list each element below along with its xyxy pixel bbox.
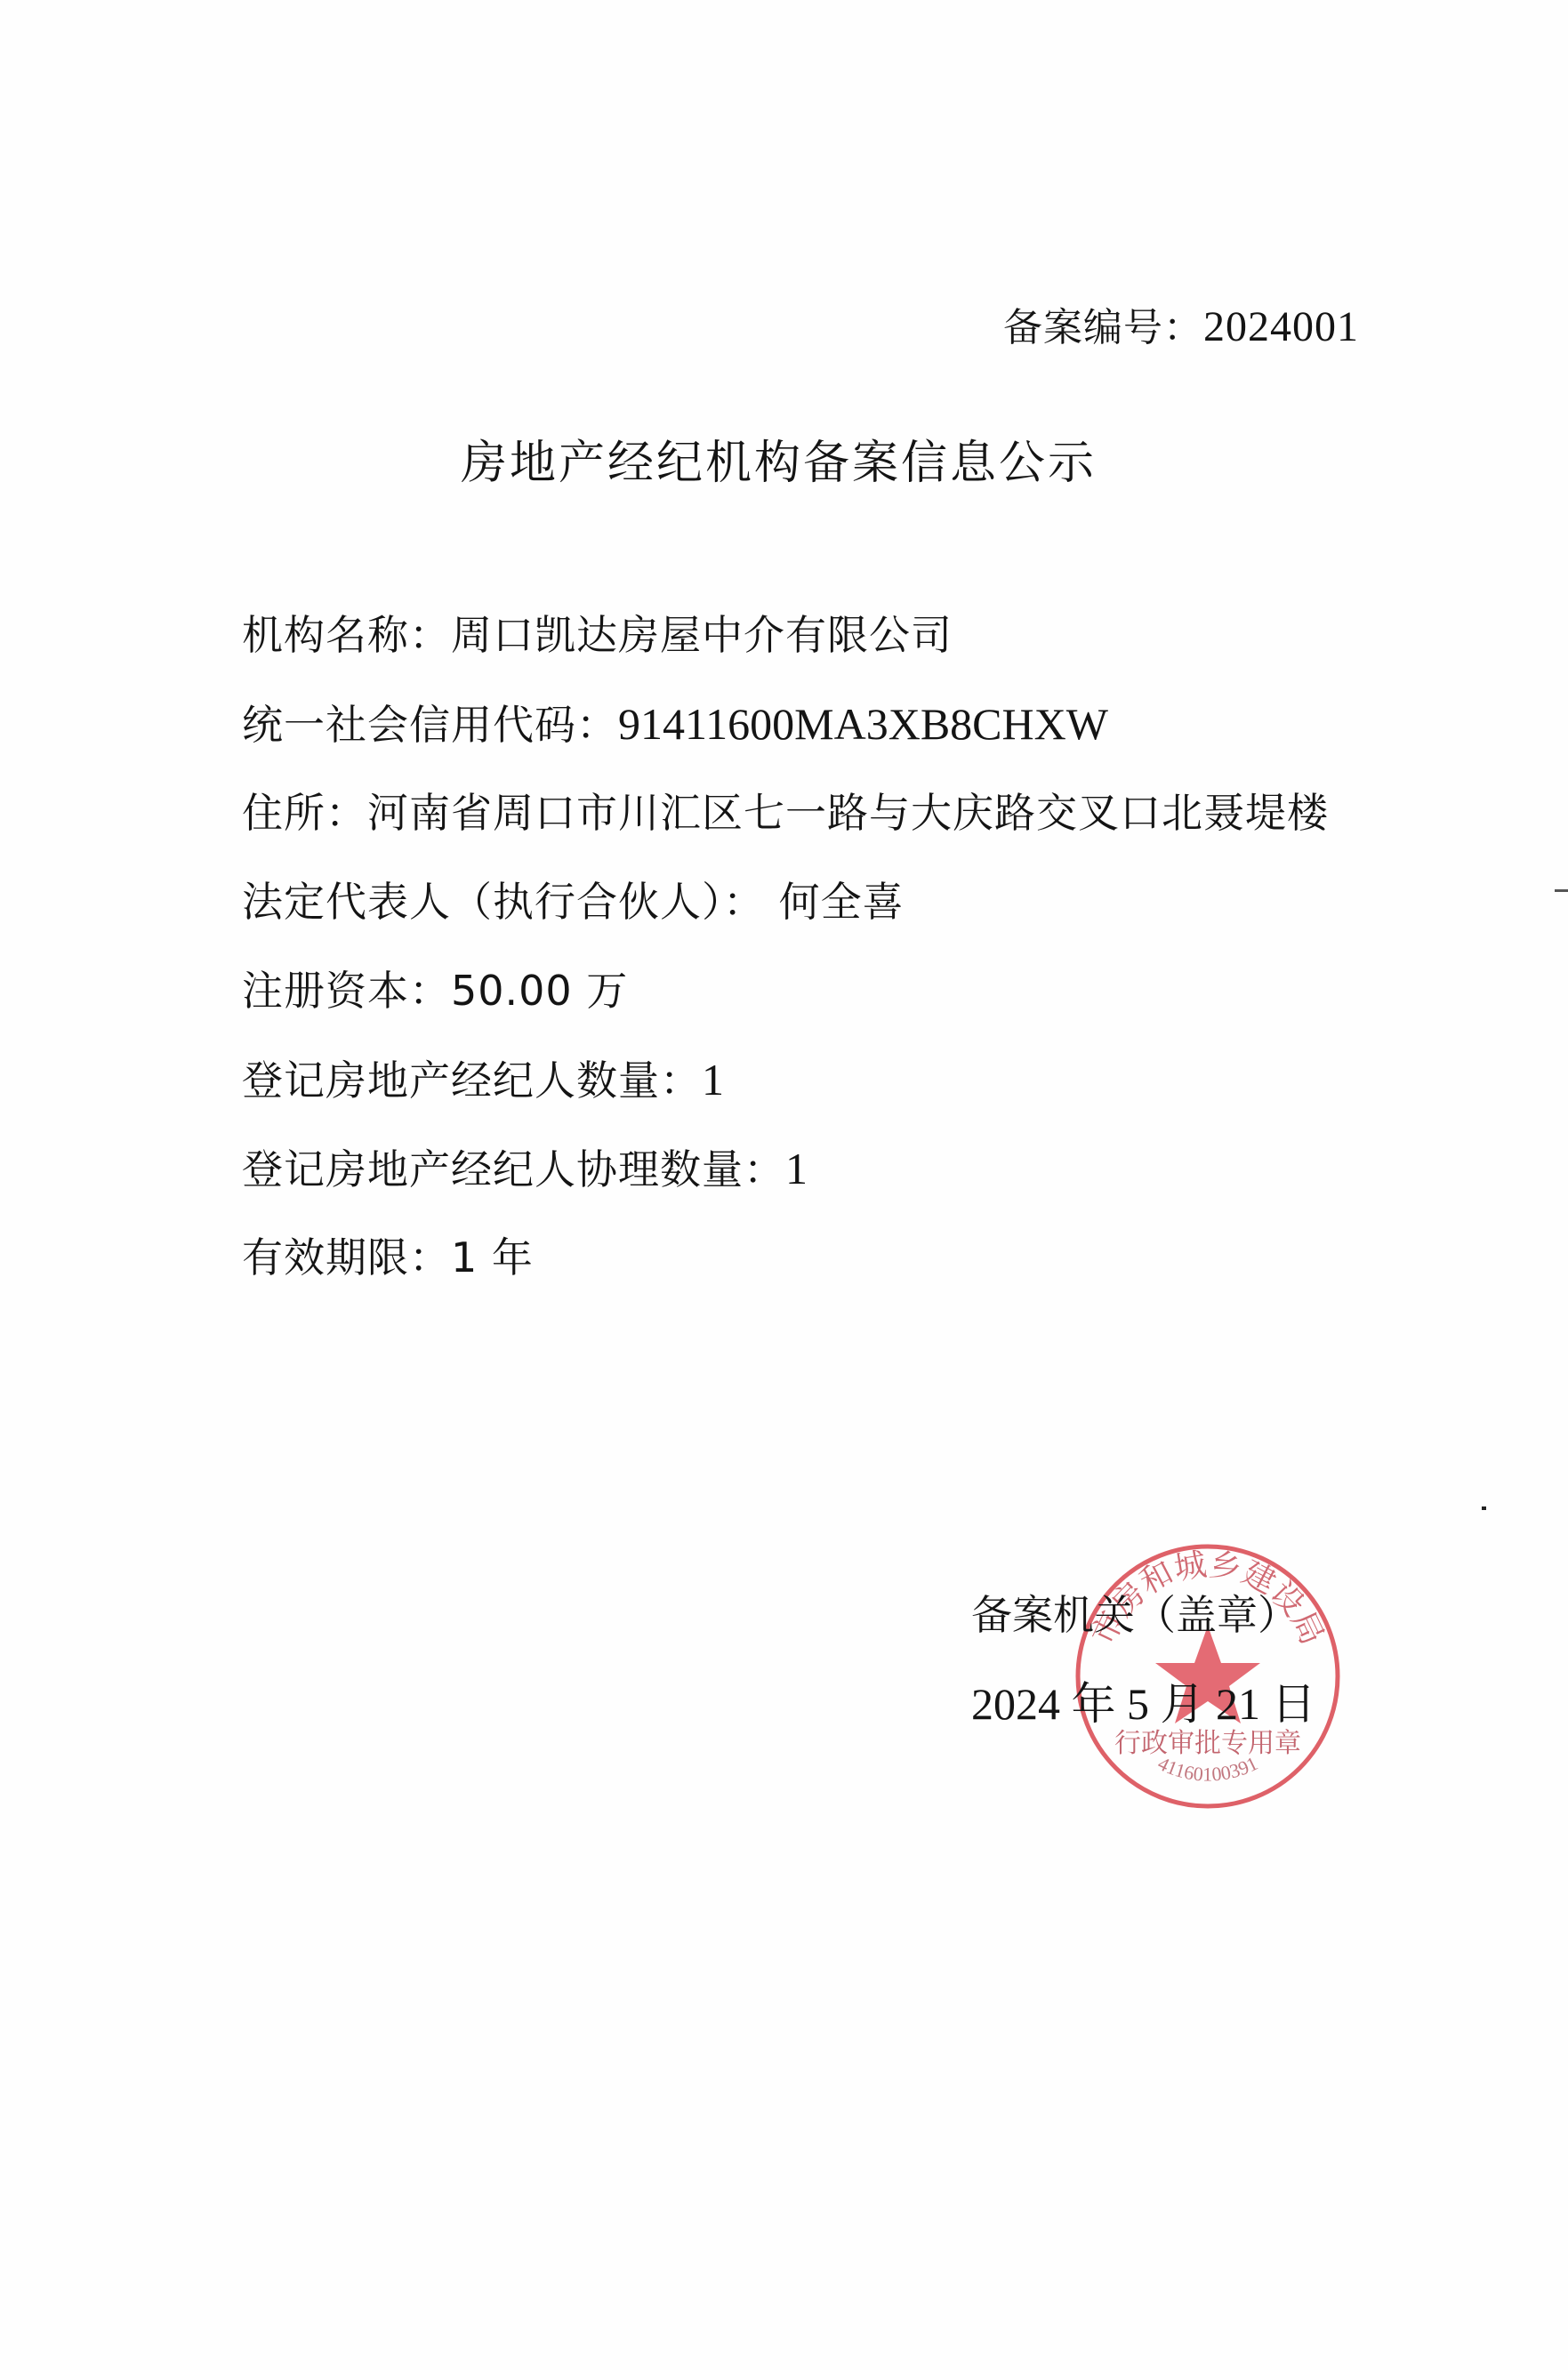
field-assistant-count: 登记房地产经纪人协理数量：1 bbox=[242, 1138, 1329, 1227]
field-label: 登记房地产经纪人数量： bbox=[242, 1056, 702, 1105]
field-value: 50.00 万 bbox=[451, 967, 628, 1015]
field-label: 登记房地产经纪人协理数量： bbox=[242, 1145, 785, 1193]
field-agent-count: 登记房地产经纪人数量：1 bbox=[242, 1049, 1329, 1138]
record-number: 备案编号：2024001 bbox=[1003, 295, 1359, 352]
field-value: 何全喜 bbox=[765, 878, 905, 926]
info-fields: 机构名称：周口凯达房屋中介有限公司 统一社会信用代码：91411600MA3XB… bbox=[242, 605, 1329, 1316]
scan-artifact bbox=[1482, 1506, 1486, 1510]
field-label: 法定代表人（执行合伙人）： bbox=[242, 878, 765, 926]
field-value: 河南省周口市川汇区七一路与大庆路交叉口北聂堤楼 bbox=[367, 789, 1329, 837]
field-org-name: 机构名称：周口凯达房屋中介有限公司 bbox=[242, 605, 1329, 694]
authority-label: 备案机关（盖章） bbox=[971, 1585, 1316, 1674]
field-label: 有效期限： bbox=[242, 1233, 451, 1281]
field-value: 91411600MA3XB8CHXW bbox=[618, 699, 1108, 749]
field-value: 1 年 bbox=[451, 1233, 534, 1281]
field-value: 1 bbox=[785, 1144, 808, 1193]
record-number-label: 备案编号： bbox=[1003, 305, 1203, 350]
field-address: 住所：河南省周口市川汇区七一路与大庆路交叉口北聂堤楼 bbox=[242, 783, 1329, 872]
field-label: 机构名称： bbox=[242, 611, 451, 659]
document-page: 备案编号：2024001 房地产经纪机构备案信息公示 机构名称：周口凯达房屋中介… bbox=[0, 0, 1568, 2370]
field-value: 周口凯达房屋中介有限公司 bbox=[451, 611, 953, 659]
field-value: 1 bbox=[702, 1055, 724, 1105]
document-title: 房地产经纪机构备案信息公示 bbox=[461, 425, 1097, 492]
signature-block: 备案机关（盖章） 2024 年 5 月 21 日 bbox=[971, 1585, 1316, 1763]
field-label: 住所： bbox=[242, 789, 367, 837]
field-credit-code: 统一社会信用代码：91411600MA3XB8CHXW bbox=[242, 694, 1329, 783]
field-validity: 有效期限：1 年 bbox=[242, 1227, 1329, 1316]
signature-date: 2024 年 5 月 21 日 bbox=[971, 1674, 1316, 1763]
scan-artifact bbox=[1555, 889, 1568, 892]
field-registered-capital: 注册资本：50.00 万 bbox=[242, 960, 1329, 1049]
field-legal-representative: 法定代表人（执行合伙人）： 何全喜 bbox=[242, 872, 1329, 960]
record-number-value: 2024001 bbox=[1203, 303, 1359, 350]
field-label: 统一社会信用代码： bbox=[242, 701, 618, 749]
field-label: 注册资本： bbox=[242, 967, 451, 1015]
